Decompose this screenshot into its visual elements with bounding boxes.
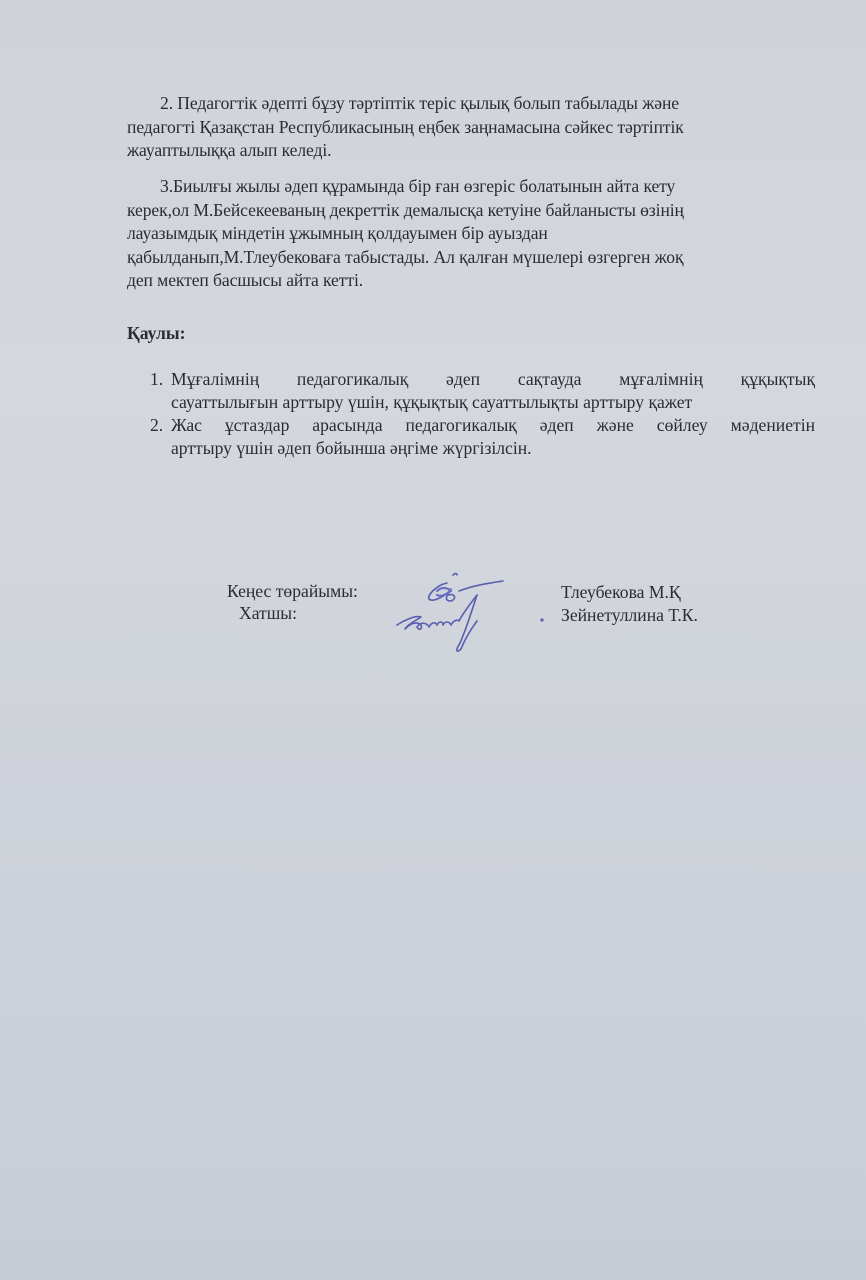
chair-name: Тлеубекова М.Қ (561, 582, 681, 603)
document-page: 2. Педагогтік әдепті бұзу тәртіптік тері… (0, 0, 866, 1280)
handwritten-signature-icon (385, 565, 565, 660)
secretary-label: Хатшы: (239, 603, 297, 624)
resolution-number: 2. (150, 414, 163, 437)
text-line: 3.Биылғы жылы әдеп құрамында бір ған өзг… (127, 175, 817, 199)
text-line: педагогті Қазақстан Республикасының еңбе… (127, 116, 817, 140)
paragraph-3: 3.Биылғы жылы әдеп құрамында бір ған өзг… (127, 175, 817, 293)
text-line: Мұғалімнің педагогикалық әдеп сақтауда м… (171, 368, 815, 391)
text-line: арттыру үшін әдеп бойынша әңгіме жүргізі… (171, 437, 815, 460)
text-line: деп мектеп басшысы айта кетті. (127, 269, 817, 293)
chair-label: Кеңес төрайымы: (227, 581, 358, 602)
resolution-number: 1. (150, 368, 163, 391)
resolution-item: 2. Жас ұстаздар арасында педагогикалық ә… (150, 414, 815, 460)
text-line: Жас ұстаздар арасында педагогикалық әдеп… (171, 414, 815, 437)
secretary-name: Зейнетуллина Т.К. (561, 605, 698, 626)
resolution-list: 1. Мұғалімнің педагогикалық әдеп сақтауд… (150, 368, 815, 460)
text-line: сауаттылығын арттыру үшін, құқықтық сауа… (171, 391, 815, 414)
paragraph-2: 2. Педагогтік әдепті бұзу тәртіптік тері… (127, 92, 817, 163)
text-line: 2. Педагогтік әдепті бұзу тәртіптік тері… (127, 92, 817, 116)
text-line: қабылданып,М.Тлеубековаға табыстады. Ал … (127, 246, 817, 270)
text-line: лауазымдық міндетін ұжымның қолдауымен б… (127, 222, 817, 246)
text-line: керек,ол М.Бейсекееваның декреттік демал… (127, 199, 817, 223)
resolution-heading: Қаулы: (127, 323, 186, 344)
text-line: жауаптылыққа алып келеді. (127, 139, 817, 163)
resolution-item: 1. Мұғалімнің педагогикалық әдеп сақтауд… (150, 368, 815, 414)
